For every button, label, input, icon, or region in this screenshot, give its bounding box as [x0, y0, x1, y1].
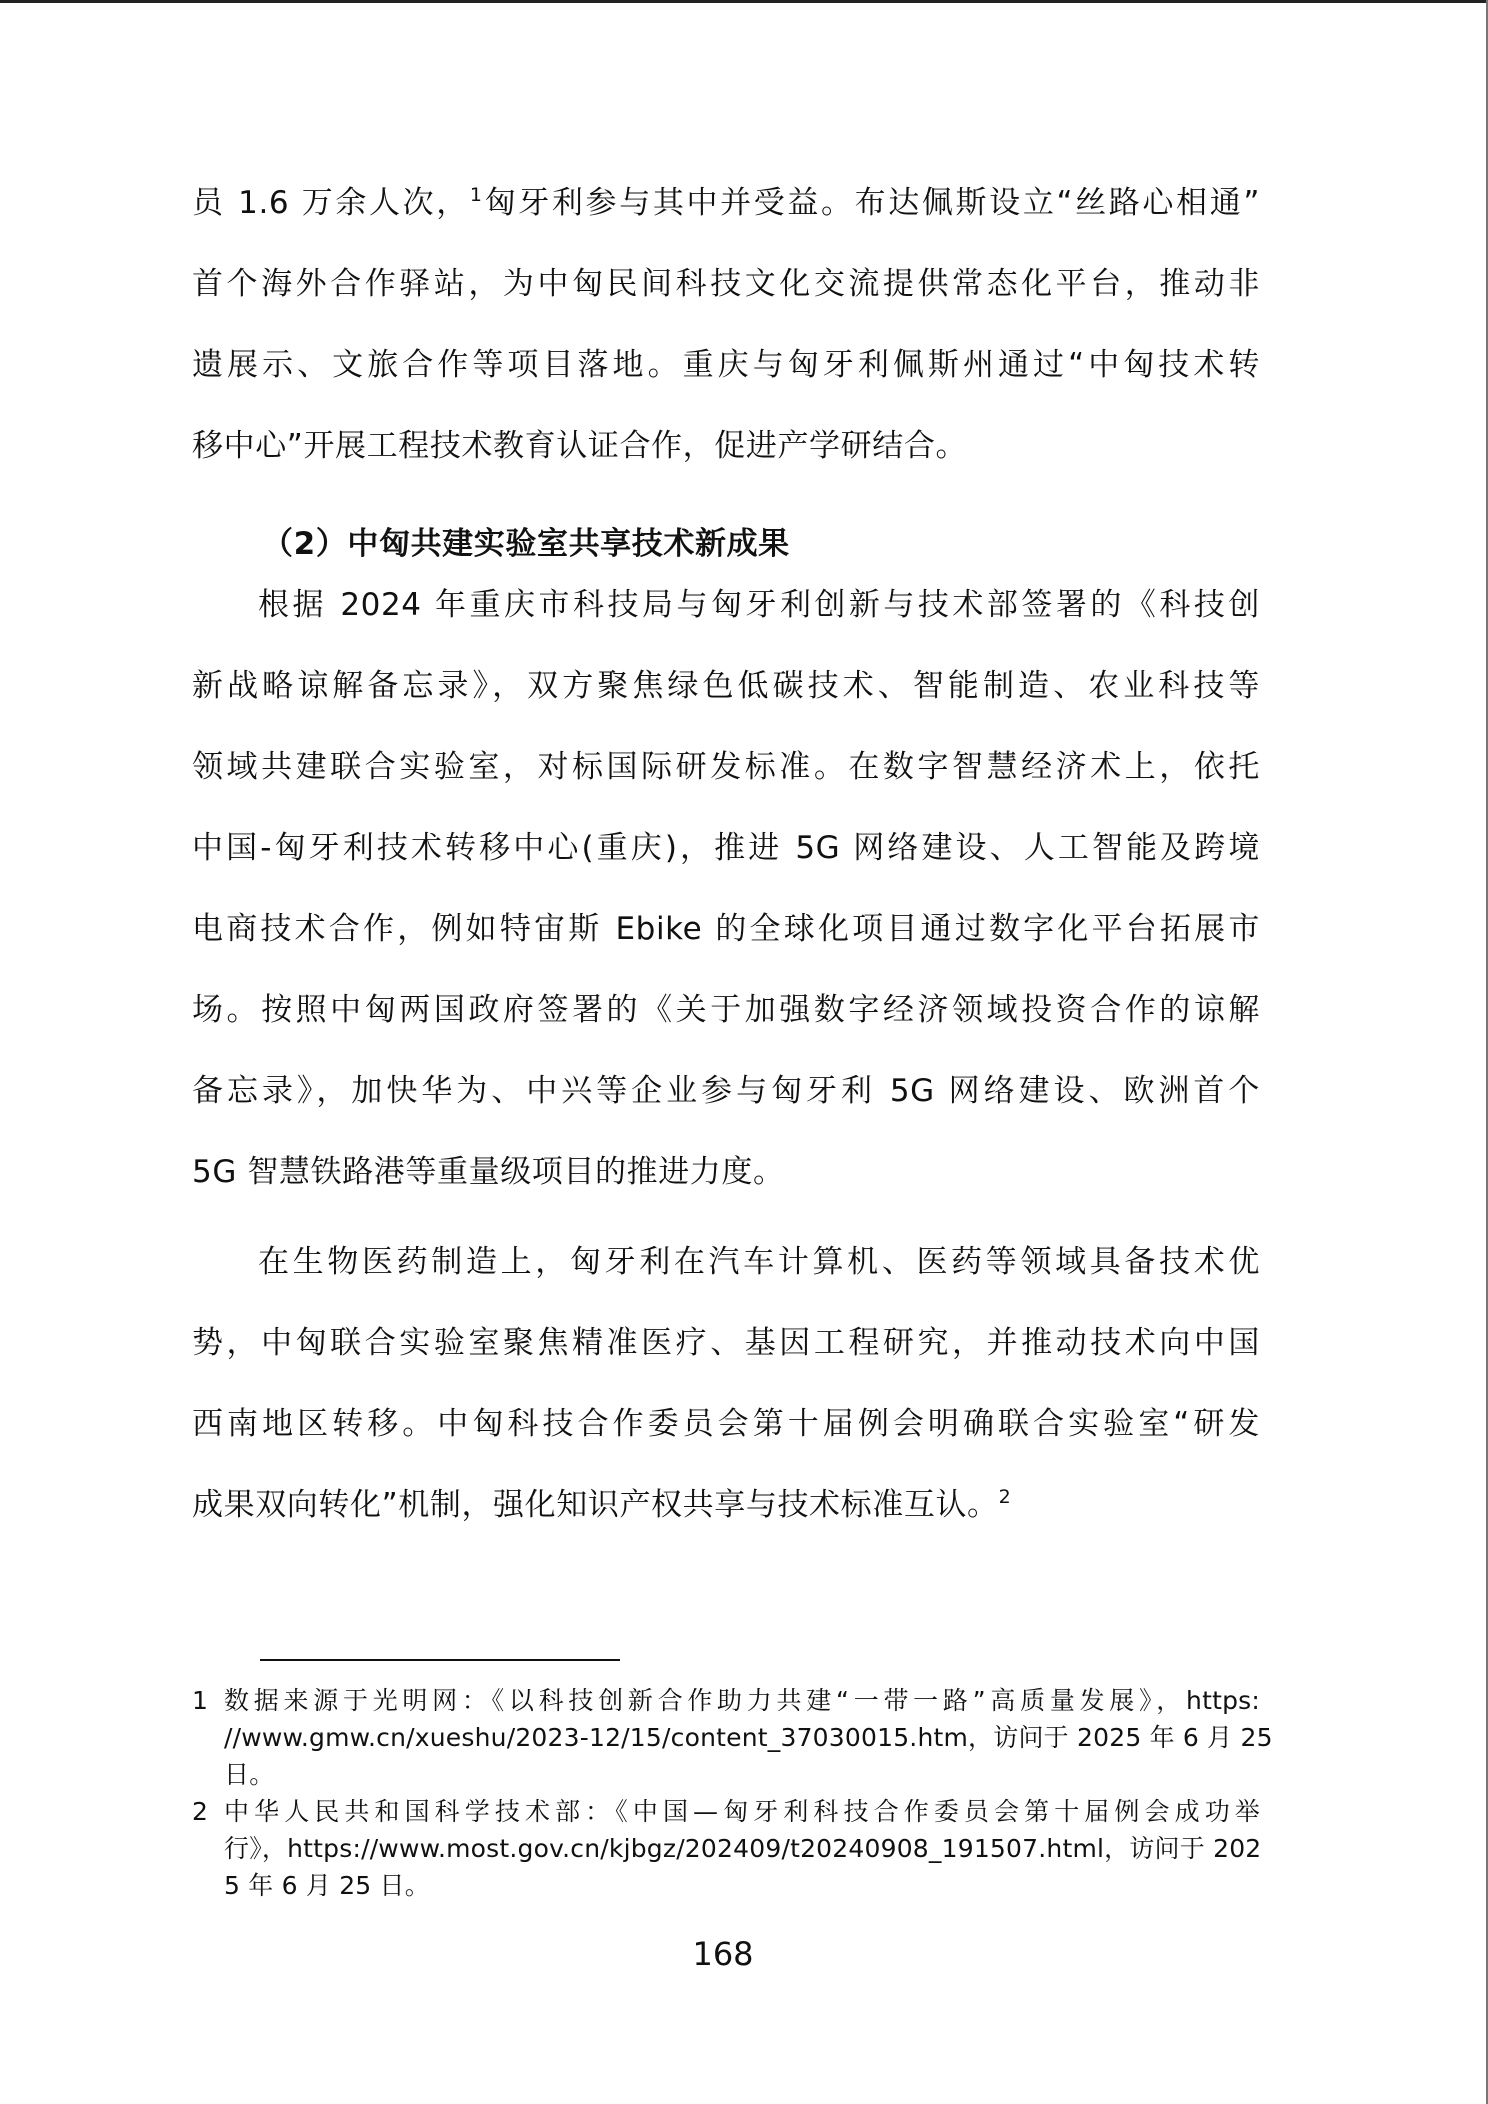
body-line: 场。按照中匈两国政府签署的《关于加强数字经济领域投资合作的谅解	[192, 990, 1260, 1030]
body-line: 中国-匈牙利技术转移中心(重庆)，推进 5G 网络建设、人工智能及跨境	[192, 828, 1260, 868]
body-line: 员 1.6 万余人次，1匈牙利参与其中并受益。布达佩斯设立“丝路心相通”	[192, 183, 1260, 223]
body-line: 首个海外合作驿站，为中匈民间科技文化交流提供常态化平台，推动非	[192, 264, 1260, 304]
footnote-separator	[260, 1659, 620, 1661]
footnote-number: 1	[192, 1682, 208, 1719]
footnote-1: 1 数据来源于光明网：《以科技创新合作助力共建“一带一路”高质量发展》，http…	[192, 1682, 1260, 1793]
body-line: 新战略谅解备忘录》，双方聚焦绿色低碳技术、智能制造、农业科技等	[192, 666, 1260, 706]
section-heading: （2）中匈共建实验室共享技术新成果	[262, 524, 790, 564]
body-line: 5G 智慧铁路港等重量级项目的推进力度。	[192, 1152, 1260, 1192]
body-line: 电商技术合作，例如特宙斯 Ebike 的全球化项目通过数字化平台拓展市	[192, 909, 1260, 949]
footnote-ref-2[interactable]: 2	[999, 1486, 1012, 1508]
footnote-line-link[interactable]: 行》，https://www.most.gov.cn/kjbgz/202409/…	[224, 1830, 1260, 1867]
body-line: 势，中匈联合实验室聚焦精准医疗、基因工程研究，并推动技术向中国	[192, 1323, 1260, 1363]
footnote-number: 2	[192, 1793, 208, 1830]
text-run: 员 1.6 万余人次，	[192, 185, 470, 221]
page-number: 168	[0, 1934, 1446, 1974]
body-line: 领域共建联合实验室，对标国际研发标准。在数字智慧经济术上，依托	[192, 747, 1260, 787]
text-run: 成果双向转化”机制，强化知识产权共享与技术标准互认。	[192, 1487, 999, 1523]
footnote-line: 日。	[224, 1756, 1260, 1793]
footnote-2: 2 中华人民共和国科学技术部：《中国—匈牙利科技合作委员会第十届例会成功举 行》…	[192, 1793, 1260, 1904]
body-line: 根据 2024 年重庆市科技局与匈牙利创新与技术部签署的《科技创	[258, 585, 1260, 625]
body-line: 西南地区转移。中匈科技合作委员会第十届例会明确联合实验室“研发	[192, 1404, 1260, 1444]
body-line: 在生物医药制造上，匈牙利在汽车计算机、医药等领域具备技术优	[258, 1242, 1260, 1282]
footnote-ref-1[interactable]: 1	[470, 184, 483, 206]
body-line: 遗展示、文旅合作等项目落地。重庆与匈牙利佩斯州通过“中匈技术转	[192, 345, 1260, 385]
footnote-line: 数据来源于光明网：《以科技创新合作助力共建“一带一路”高质量发展》，https:	[224, 1682, 1260, 1719]
body-line: 移中心”开展工程技术教育认证合作，促进产学研结合。	[192, 426, 1260, 466]
footnote-line-link[interactable]: //www.gmw.cn/xueshu/2023-12/15/content_3…	[224, 1719, 1260, 1756]
text-run: 匈牙利参与其中并受益。布达佩斯设立“丝路心相通”	[483, 185, 1260, 221]
page-top-border	[0, 0, 1488, 3]
body-line: 备忘录》，加快华为、中兴等企业参与匈牙利 5G 网络建设、欧洲首个	[192, 1071, 1260, 1111]
footnote-line: 5 年 6 月 25 日。	[224, 1867, 1260, 1904]
footnote-line: 中华人民共和国科学技术部：《中国—匈牙利科技合作委员会第十届例会成功举	[224, 1793, 1260, 1830]
body-line: 成果双向转化”机制，强化知识产权共享与技术标准互认。2	[192, 1485, 1260, 1525]
